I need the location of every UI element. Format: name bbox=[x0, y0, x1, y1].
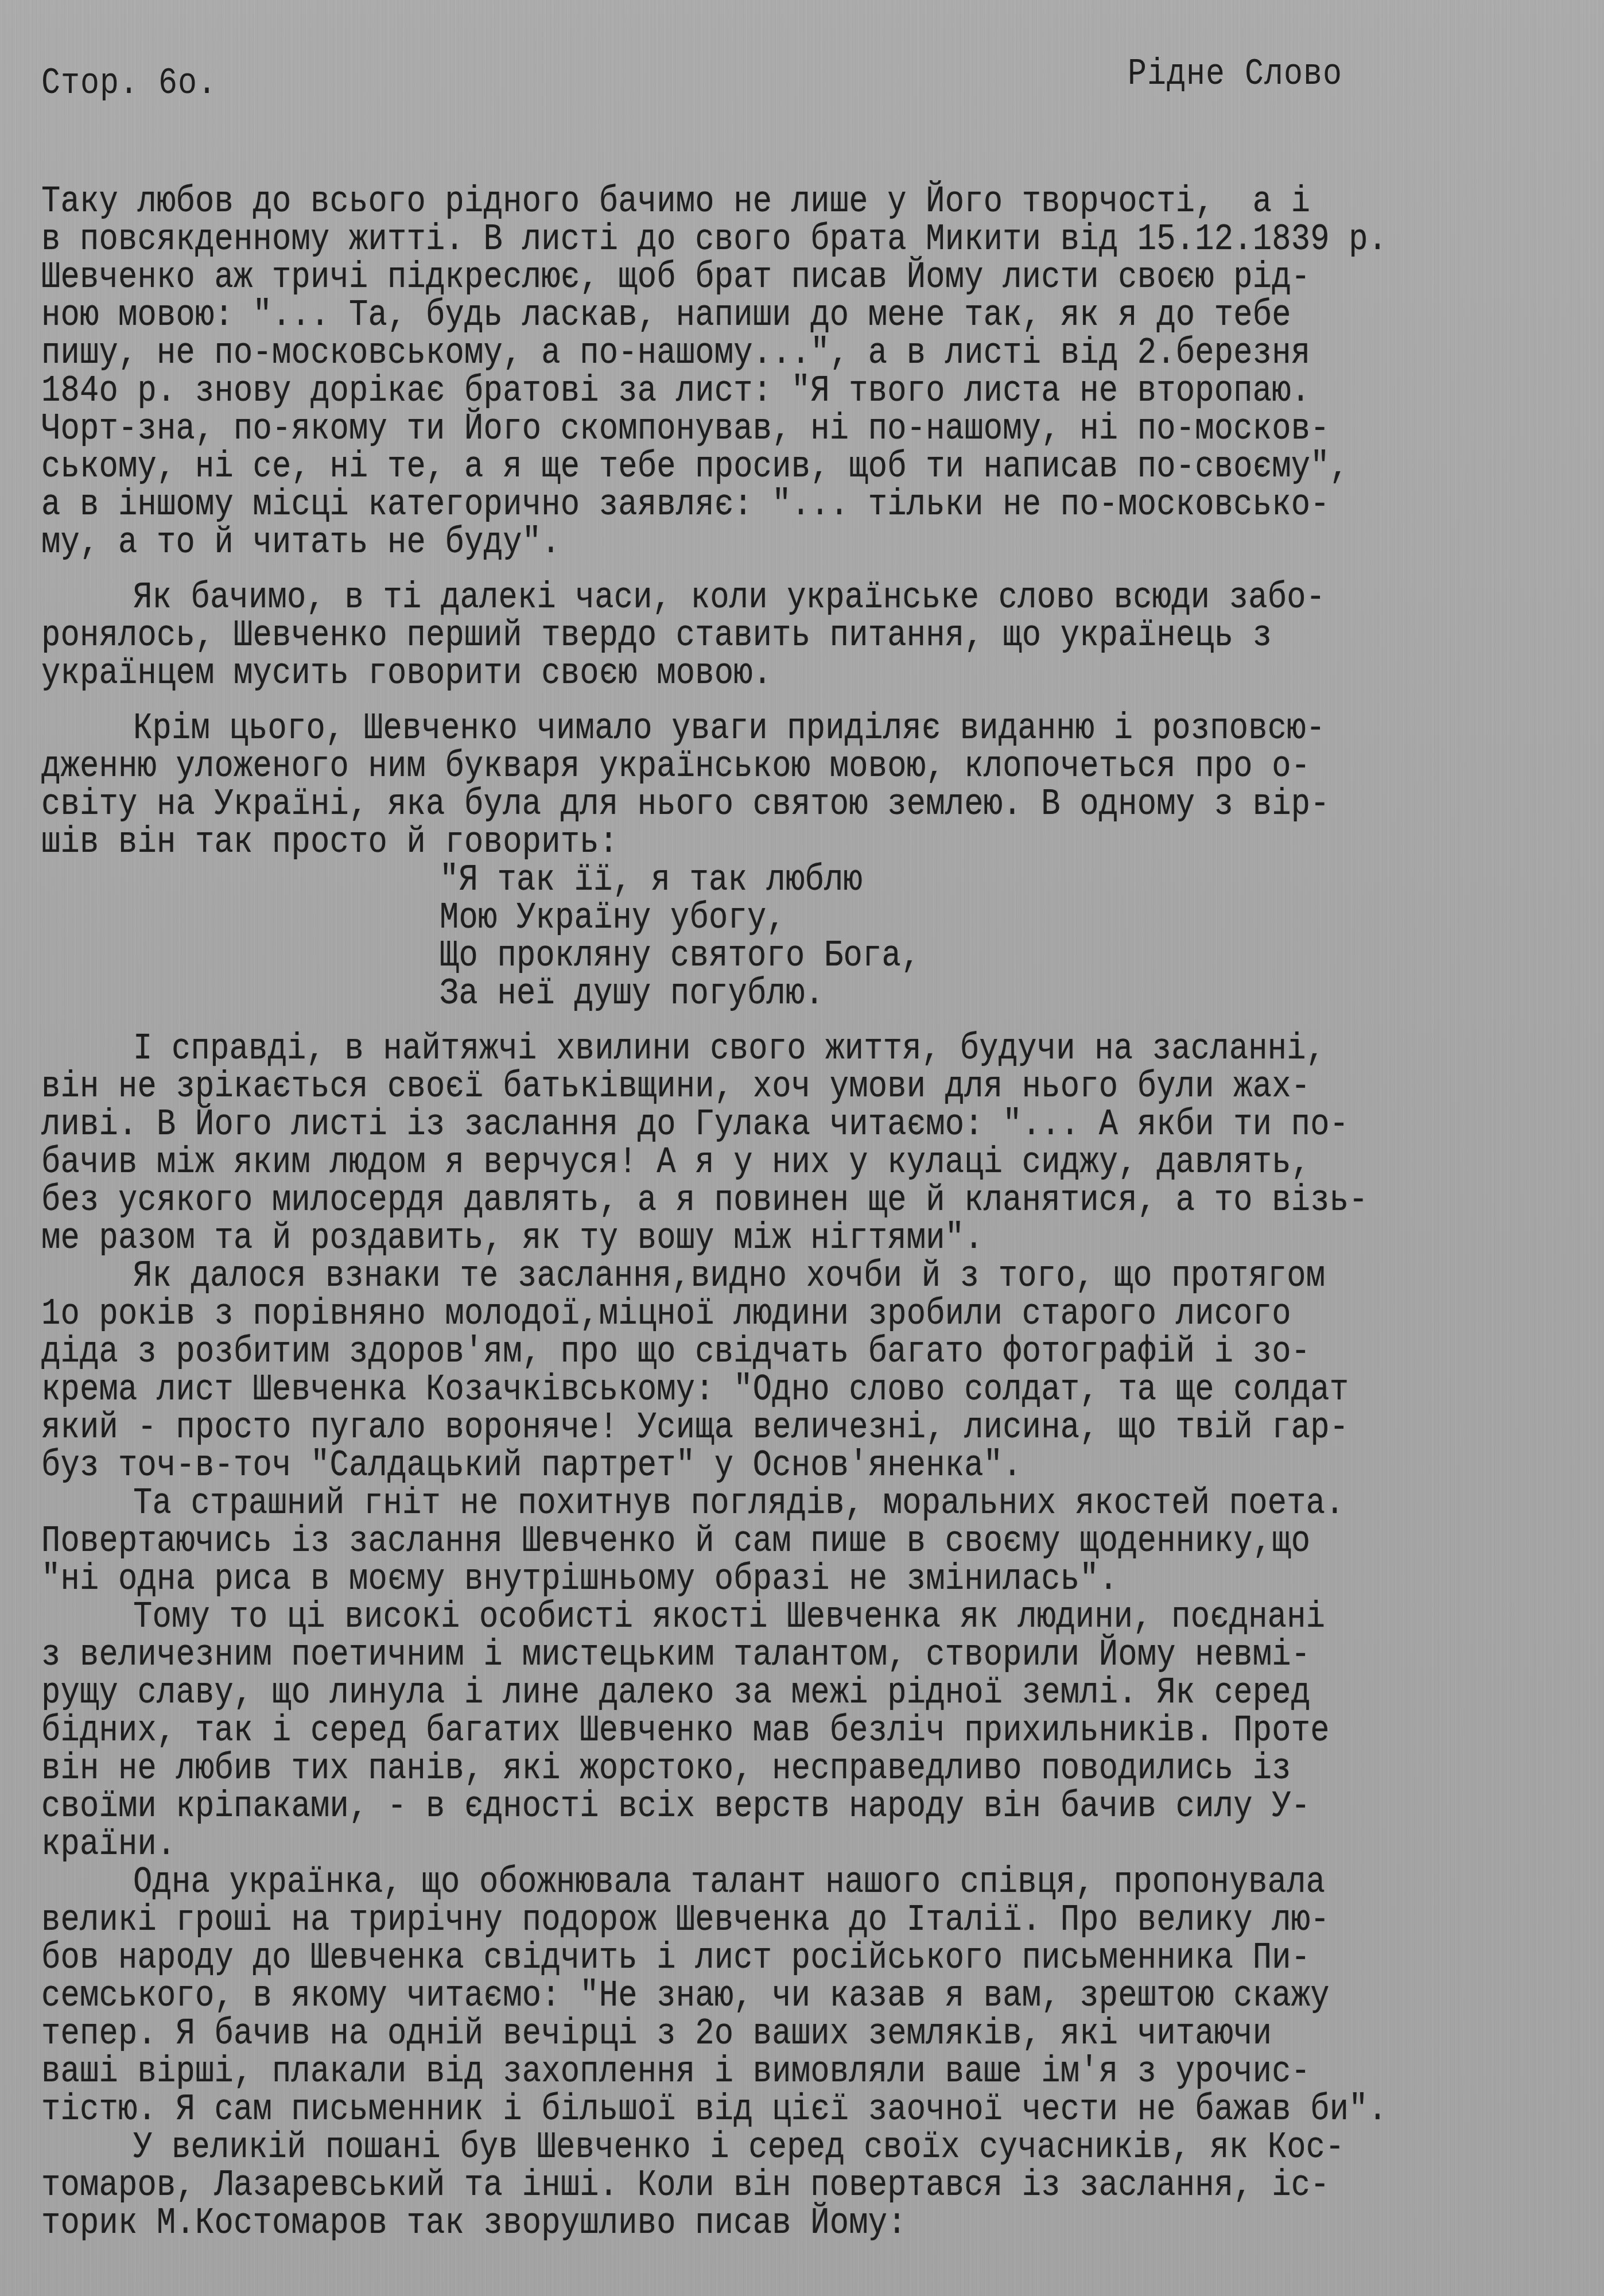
journal-title: Рідне Слово bbox=[1128, 53, 1342, 95]
text-line: українцем мусить говорити своєю мовою. bbox=[41, 651, 1579, 696]
page-number: Стор. 6о. bbox=[41, 62, 217, 104]
paragraph: Одна українка, що обожнювала талант нашо… bbox=[41, 1863, 1579, 2128]
paragraph: Крім цього, Шевченко чимало уваги приділ… bbox=[41, 709, 1579, 861]
paragraph: У великій пошані був Шевченко і серед св… bbox=[41, 2128, 1579, 2242]
paragraph: Як далося взнаки те заслання,видно хочби… bbox=[41, 1257, 1579, 1484]
paragraph: Тому то ці високі особисті якості Шевчен… bbox=[41, 1598, 1579, 1863]
text-line: торик М.Костомаров так зворушливо писав … bbox=[41, 2201, 1579, 2245]
poem-quote: "Я так її, я так люблю Мою Україну убогу… bbox=[41, 861, 1579, 1013]
body-text: Таку любов до всього рідного бачимо не л… bbox=[41, 183, 1579, 2242]
paragraph: Як бачимо, в ті далекі часи, коли україн… bbox=[41, 579, 1579, 692]
paragraph: І справді, в найтяжчі хвилини свого житт… bbox=[41, 1030, 1579, 1257]
text-line: му, а то й читать не буду". bbox=[41, 520, 1579, 565]
paragraph: Таку любов до всього рідного бачимо не л… bbox=[41, 183, 1579, 561]
poem-line: За неї душу погублю. bbox=[41, 971, 1579, 1016]
typewritten-page: Стор. 6о. Рідне Слово Таку любов до всьо… bbox=[0, 0, 1604, 2296]
page-header: Стор. 6о. Рідне Слово bbox=[0, 52, 1604, 103]
paragraph: Та страшний гніт не похитнув поглядів, м… bbox=[41, 1484, 1579, 1598]
